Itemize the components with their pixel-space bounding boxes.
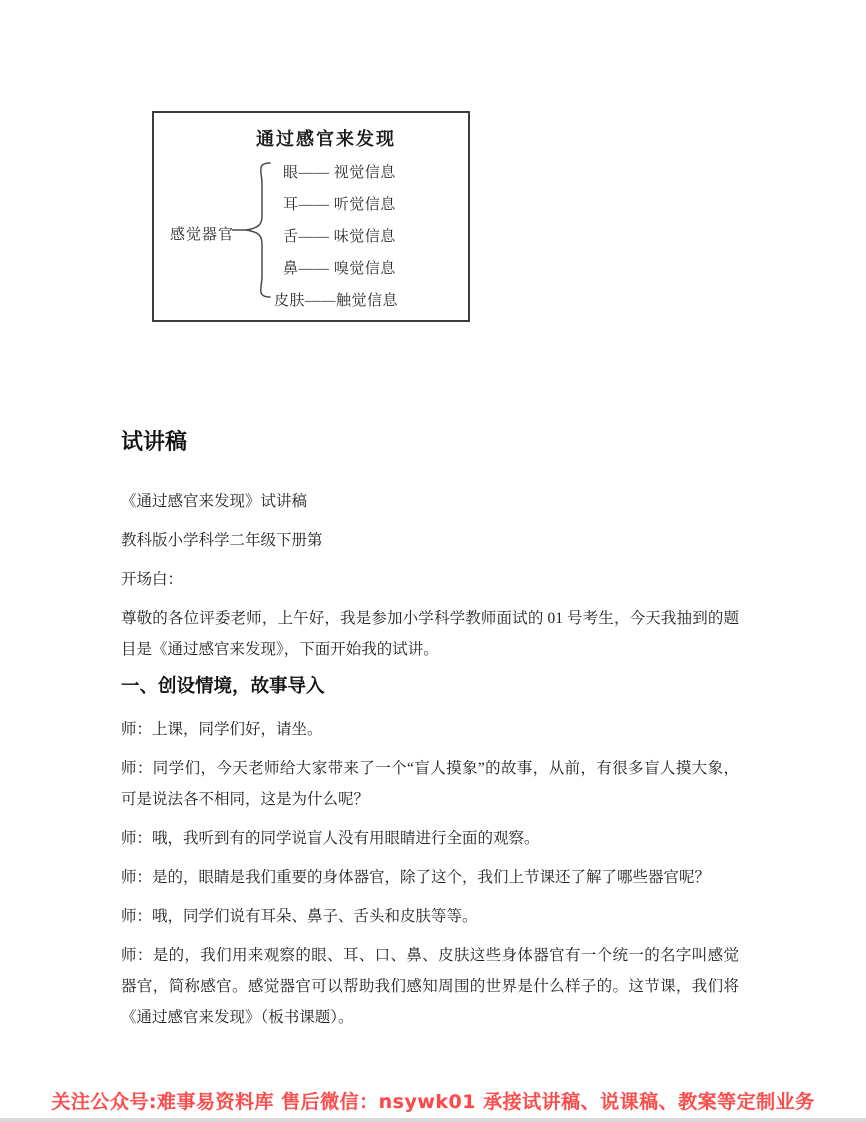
diagram-branch-tongue: 舌—— 味觉信息 [274, 221, 398, 253]
diagram-branch-eye: 眼—— 视觉信息 [274, 157, 398, 189]
promo-banner: 关注公众号:难事易资料库 售后微信：nsywk01 承接试讲稿、说课稿、教案等定… [0, 1082, 866, 1122]
diagram-branch-skin: 皮肤——触觉信息 [274, 285, 398, 317]
diagram-root-label: 感觉器官 [170, 223, 234, 244]
script-paragraph: 师：是的，眼睛是我们重要的身体器官，除了这个，我们上节课还了解了哪些器官呢？ [121, 862, 739, 893]
script-paragraph: 师：哦，同学们说有耳朵、鼻子、舌头和皮肤等等。 [121, 901, 739, 932]
document-body: 试讲稿 《通过感官来发现》试讲稿 教科版小学科学二年级下册第 开场白： 尊敬的各… [121, 427, 739, 1041]
page-title: 试讲稿 [121, 427, 739, 457]
intro-paragraph: 《通过感官来发现》试讲稿 [121, 486, 739, 517]
diagram-branch-nose: 鼻—— 嗅觉信息 [274, 253, 398, 285]
diagram-title: 通过感官来发现 [184, 125, 468, 151]
diagram-branches: 眼—— 视觉信息 耳—— 听觉信息 舌—— 味觉信息 鼻—— 嗅觉信息 皮肤——… [274, 157, 398, 317]
document-page: 通过感官来发现 感觉器官 眼—— 视觉信息 耳—— 听觉信息 舌—— 味觉信息 … [0, 0, 866, 1122]
intro-paragraph: 开场白： [121, 564, 739, 595]
script-paragraph: 师：哦，我听到有的同学说盲人没有用眼睛进行全面的观察。 [121, 823, 739, 854]
intro-paragraph: 教科版小学科学二年级下册第 [121, 525, 739, 556]
sense-organs-diagram: 通过感官来发现 感觉器官 眼—— 视觉信息 耳—— 听觉信息 舌—— 味觉信息 … [152, 111, 470, 322]
script-paragraph: 师：上课，同学们好，请坐。 [121, 714, 739, 745]
section-heading: 一、创设情境，故事导入 [121, 673, 739, 699]
diagram-branch-ear: 耳—— 听觉信息 [274, 189, 398, 221]
script-paragraph: 师：同学们，今天老师给大家带来了一个“盲人摸象”的故事，从前，有很多盲人摸大象，… [121, 753, 739, 815]
curly-brace-icon [232, 159, 276, 301]
promo-text: 关注公众号:难事易资料库 售后微信：nsywk01 承接试讲稿、说课稿、教案等定… [51, 1087, 814, 1114]
intro-paragraph: 尊敬的各位评委老师，上午好，我是参加小学科学教师面试的 01 号考生，今天我抽到… [121, 603, 739, 665]
script-paragraph: 师：是的，我们用来观察的眼、耳、口、鼻、皮肤这些身体器官有一个统一的名字叫感觉器… [121, 940, 739, 1033]
